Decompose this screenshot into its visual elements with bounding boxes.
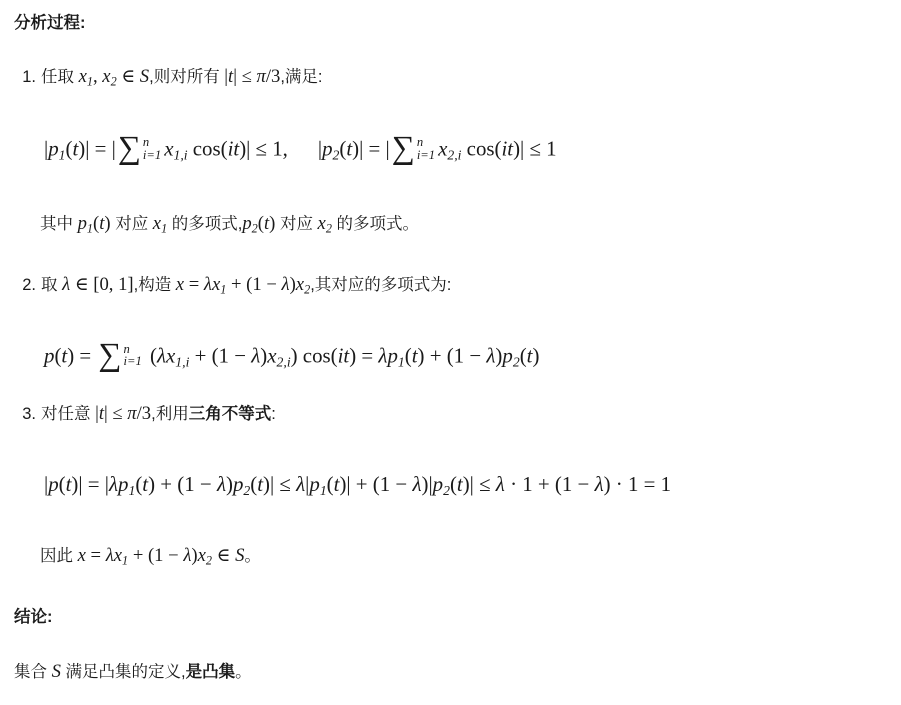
math-op: ∈ <box>117 66 140 87</box>
math-subscript: 2,i <box>277 354 291 369</box>
text-run: 。 <box>235 663 252 681</box>
math-op: )| = | <box>78 137 116 161</box>
math-op: /3 <box>137 403 152 424</box>
math-op: + (1 − <box>189 343 251 367</box>
math-op: )| ≤ <box>263 472 296 496</box>
math-op: /3 <box>266 66 281 87</box>
text-run: 对应 <box>111 215 153 233</box>
math-op: ) = <box>67 343 96 367</box>
sum-upper-limit: n <box>417 136 435 149</box>
math-var: p <box>44 343 54 367</box>
math-subscript: 1,i <box>175 354 189 369</box>
list-item-3: 3.对任意 |t| ≤ π/3,利用三角不等式: <box>14 400 276 427</box>
math-op: ∈ [0, 1] <box>70 274 133 295</box>
math-var: it <box>228 137 240 161</box>
math-var: x <box>198 545 206 566</box>
math-var: λ <box>496 472 505 496</box>
math-op: )| + (1 − <box>339 472 412 496</box>
math-subscript: 1 <box>320 484 327 499</box>
sum-symbol: ∑ni=1 <box>98 340 141 371</box>
text-run: ,则对所有 <box>149 68 224 86</box>
math-var: x <box>78 545 86 566</box>
bold-text-run: 三角不等式 <box>189 405 272 423</box>
text-run: ,满足: <box>280 68 322 86</box>
formula-p1-p2-bounds: |p1(t)| = |∑ni=1x1,i cos(it)| ≤ 1,|p2(t)… <box>14 135 557 166</box>
math-var: p <box>502 343 512 367</box>
math-var: S <box>235 545 244 566</box>
math-var: p <box>233 472 243 496</box>
math-var: x <box>296 274 304 295</box>
sum-upper-limit: n <box>143 136 161 149</box>
math-op: | ≤ <box>104 403 127 424</box>
math-var: λx <box>157 343 175 367</box>
math-var: it <box>338 343 350 367</box>
text-run: 对应 <box>275 215 317 233</box>
text-run: ,构造 <box>134 276 176 294</box>
math-var: λx <box>204 274 220 295</box>
math-op: ) + (1 − <box>148 472 217 496</box>
math-op: = <box>184 274 204 295</box>
math-var: λp <box>109 472 129 496</box>
text-run: ,其对应的多项式为: <box>310 276 451 294</box>
list-number: 1. <box>14 66 36 90</box>
text-run: 其中 <box>40 215 78 233</box>
math-var: λx <box>106 545 122 566</box>
math-op: )| <box>422 472 433 496</box>
sigma-glyph: ∑ <box>98 340 121 371</box>
sum-symbol: ∑ni=1 <box>392 133 435 164</box>
list-item-2: 2.取 λ ∈ [0, 1],构造 x = λx1 + (1 − λ)x2,其对… <box>14 271 451 299</box>
math-var: π <box>127 403 136 424</box>
sum-lower-limit: i=1 <box>124 355 142 368</box>
text-run: ,利用 <box>151 405 189 423</box>
text-run: 的多项式。 <box>332 215 419 233</box>
sum-limits: ni=1 <box>417 136 435 161</box>
math-var: S <box>140 66 149 87</box>
math-op: cos( <box>461 137 501 161</box>
final-statement: 集合 S 满足凸集的定义,是凸集。 <box>14 658 252 685</box>
analysis-heading: 分析过程: <box>14 12 86 36</box>
math-var: p <box>309 472 319 496</box>
text-run: 的多项式, <box>167 215 242 233</box>
math-subscript: 2 <box>443 484 450 499</box>
math-var: p <box>78 213 87 234</box>
math-subscript: 1 <box>398 354 405 369</box>
math-var: x <box>153 213 161 234</box>
text-run: 取 <box>41 276 62 294</box>
sum-lower-limit: i=1 <box>417 149 435 162</box>
math-subscript: 1,i <box>173 148 187 163</box>
math-op: )| ≤ <box>463 472 496 496</box>
list-item-1: 1.任取 x1, x2 ∈ S,则对所有 |t| ≤ π/3,满足: <box>14 63 322 91</box>
math-op: ) <box>226 472 233 496</box>
math-op: )| = | <box>71 472 109 496</box>
list-number: 2. <box>14 274 36 298</box>
math-op: ( <box>59 472 66 496</box>
math-op: ( <box>405 343 412 367</box>
math-subscript: 2 <box>513 354 520 369</box>
math-var: π <box>256 66 265 87</box>
math-var: p <box>242 213 251 234</box>
math-var: λ <box>62 274 70 295</box>
math-op: )| = | <box>352 137 390 161</box>
math-op: , <box>93 66 102 87</box>
note-conclusion-membership: 因此 x = λx1 + (1 − λ)x2 ∈ S。 <box>14 542 261 570</box>
math-var: p <box>433 472 443 496</box>
math-var: x <box>267 343 276 367</box>
sum-lower-limit: i=1 <box>143 149 161 162</box>
math-var: p <box>48 137 58 161</box>
math-op: | ≤ <box>233 66 256 87</box>
math-op: ) + (1 − <box>418 343 487 367</box>
text-run: 集合 <box>14 663 52 681</box>
note-polynomial-correspondence: 其中 p1(t) 对应 x1 的多项式,p2(t) 对应 x2 的多项式。 <box>14 210 419 238</box>
conclusion-heading: 结论: <box>14 606 53 630</box>
text-run: 任取 <box>41 68 79 86</box>
math-subscript: 2,i <box>447 148 461 163</box>
math-op: ) = <box>349 343 378 367</box>
math-op: ( <box>520 343 527 367</box>
math-op: ( <box>327 472 334 496</box>
text-run: 因此 <box>40 547 78 565</box>
math-var: λ <box>296 472 305 496</box>
text-run: 。 <box>244 547 261 565</box>
sum-symbol: ∑ni=1 <box>118 133 161 164</box>
formula-triangle-inequality: |p(t)| = |λp1(t) + (1 − λ)p2(t)| ≤ λ|p1(… <box>14 472 671 500</box>
math-op: ) · 1 = 1 <box>604 472 671 496</box>
sigma-glyph: ∑ <box>392 133 415 164</box>
math-var: λ <box>412 472 421 496</box>
math-op: · 1 + (1 − <box>505 472 595 496</box>
math-var: it <box>501 137 513 161</box>
math-var: x <box>176 274 184 295</box>
math-var: λ <box>251 343 260 367</box>
math-var: λ <box>595 472 604 496</box>
math-var: S <box>52 661 61 682</box>
math-var: x <box>79 66 87 87</box>
sum-limits: ni=1 <box>124 343 142 368</box>
math-var: λp <box>378 343 398 367</box>
math-op: cos( <box>188 137 228 161</box>
math-var: x <box>438 137 447 161</box>
math-var: x <box>318 213 326 234</box>
math-op: ∈ <box>212 545 235 566</box>
math-op: ( <box>450 472 457 496</box>
text-run: : <box>271 405 276 423</box>
math-op: )| ≤ 1, <box>239 137 288 161</box>
math-op: )| ≤ 1 <box>513 137 557 161</box>
math-op: + (1 − <box>226 274 281 295</box>
formula-convex-combination: p(t) = ∑ni=1 (λx1,i + (1 − λ)x2,i) cos(i… <box>14 342 539 373</box>
math-var: p <box>322 137 332 161</box>
math-var: x <box>102 66 110 87</box>
math-var: λ <box>217 472 226 496</box>
math-var: p <box>48 472 58 496</box>
math-var: λ <box>282 274 290 295</box>
sum-limits: ni=1 <box>143 136 161 161</box>
analysis-document: 分析过程: 1.任取 x1, x2 ∈ S,则对所有 |t| ≤ π/3,满足:… <box>0 0 901 685</box>
math-op: ) <box>532 343 539 367</box>
math-op: + (1 − <box>128 545 183 566</box>
math-op: = <box>86 545 106 566</box>
math-op: ) cos( <box>291 343 338 367</box>
text-run: 对任意 <box>41 405 95 423</box>
bold-text-run: 是凸集 <box>186 663 236 681</box>
list-number: 3. <box>14 403 36 427</box>
sigma-glyph: ∑ <box>118 133 141 164</box>
text-run: 满足凸集的定义, <box>61 663 186 681</box>
math-op: ( <box>145 343 157 367</box>
